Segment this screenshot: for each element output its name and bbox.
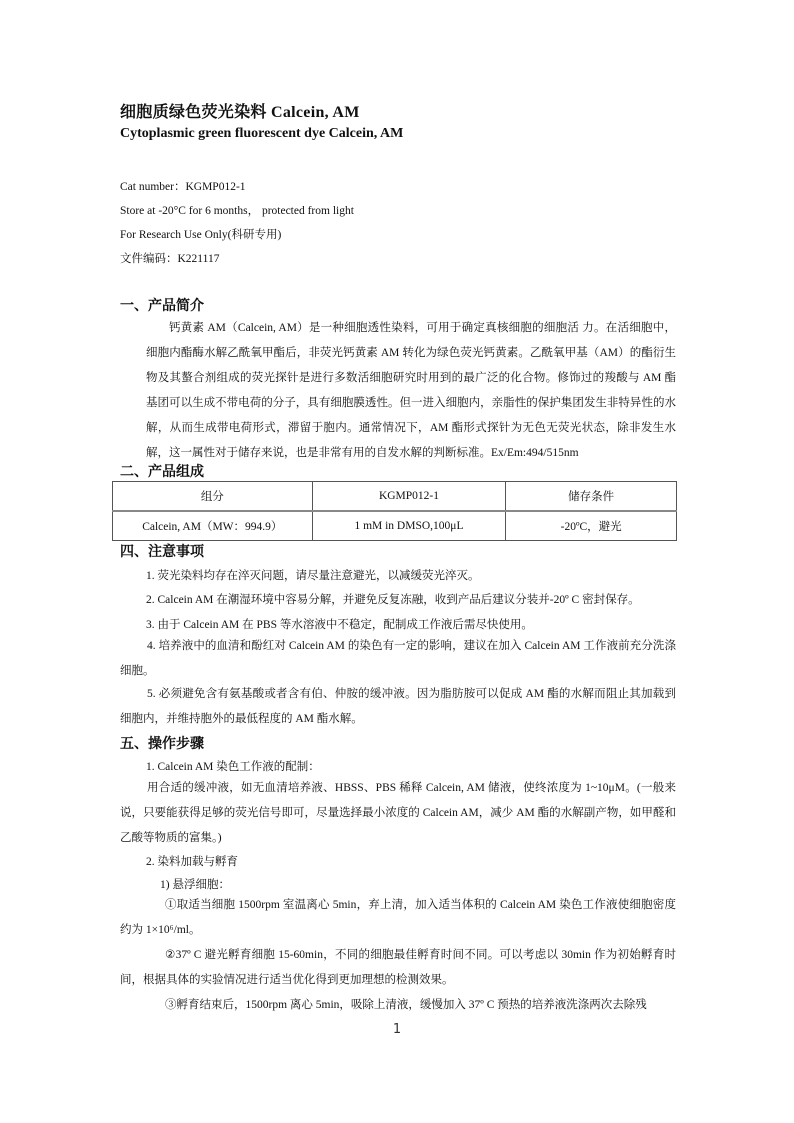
title-english: Cytoplasmic green fluorescent dye Calcei…	[120, 126, 403, 142]
file-code: 文件编码：K221117	[120, 250, 219, 266]
table-row: Calcein, AM（MW：994.9） 1 mM in DMSO,100μL…	[113, 511, 677, 541]
note-item: 2. Calcein AM 在潮湿环境中容易分解，并避免反复冻融，收到产品后建议…	[146, 591, 640, 607]
table-header-row: 组分 KGMP012-1 储存条件	[113, 482, 677, 512]
table-header-cell: 组分	[113, 482, 313, 512]
table-cell: -20ºC，避光	[506, 511, 677, 541]
research-use-notice: For Research Use Only(科研专用)	[120, 226, 281, 242]
intro-paragraph: 钙黄素 AM（Calcein, AM）是一种细胞透性染料，可用于确定真核细胞的细…	[146, 316, 676, 466]
page-number: 1	[0, 1022, 794, 1037]
table-header-cell: 储存条件	[506, 482, 677, 512]
note-item: 1. 荧光染料均存在淬灭问题，请尽量注意避光，以减缓荧光淬灭。	[146, 567, 480, 583]
note-item: 3. 由于 Calcein AM 在 PBS 等水溶液中不稳定，配制成工作液后需…	[146, 616, 533, 632]
substep-item: ①取适当细胞 1500rpm 室温离心 5min，弃上清，加入适当体积的 Cal…	[120, 893, 676, 943]
step-title: 1. Calcein AM 染色工作液的配制：	[146, 758, 320, 774]
table-header-cell: KGMP012-1	[312, 482, 506, 512]
step-title: 2. 染料加载与孵育	[146, 853, 238, 869]
cat-number: Cat number：KGMP012-1	[120, 178, 246, 194]
section-heading-notes: 四、注意事项	[120, 541, 204, 561]
note-item: 5. 必须避免含有氨基酸或者含有伯、仲胺的缓冲液。因为脂肪胺可以促成 AM 酯的…	[120, 682, 676, 732]
section-heading-composition: 二、产品组成	[120, 461, 204, 481]
table-cell: Calcein, AM（MW：994.9）	[113, 511, 313, 541]
table-cell: 1 mM in DMSO,100μL	[312, 511, 506, 541]
section-heading-procedure: 五、操作步骤	[120, 733, 204, 753]
substep-item: ③孵育结束后，1500rpm 离心 5min，吸除上清液，缓慢加入 37º C …	[120, 993, 676, 1018]
substep-item: ②37º C 避光孵育细胞 15-60min，不同的细胞最佳孵育时间不同。可以考…	[120, 943, 676, 993]
step-body: 用合适的缓冲液，如无血清培养液、HBSS、PBS 稀释 Calcein, AM …	[120, 776, 676, 851]
substep-title: 1) 悬浮细胞：	[160, 876, 230, 892]
note-item: 4. 培养液中的血清和酚红对 Calcein AM 的染色有一定的影响，建议在加…	[120, 634, 676, 684]
storage-info: Store at -20°C for 6 months， protected f…	[120, 202, 354, 218]
composition-table: 组分 KGMP012-1 储存条件 Calcein, AM（MW：994.9） …	[112, 481, 677, 541]
title-chinese: 细胞质绿色荧光染料 Calcein, AM	[120, 99, 360, 122]
section-heading-intro: 一、产品简介	[120, 295, 204, 315]
